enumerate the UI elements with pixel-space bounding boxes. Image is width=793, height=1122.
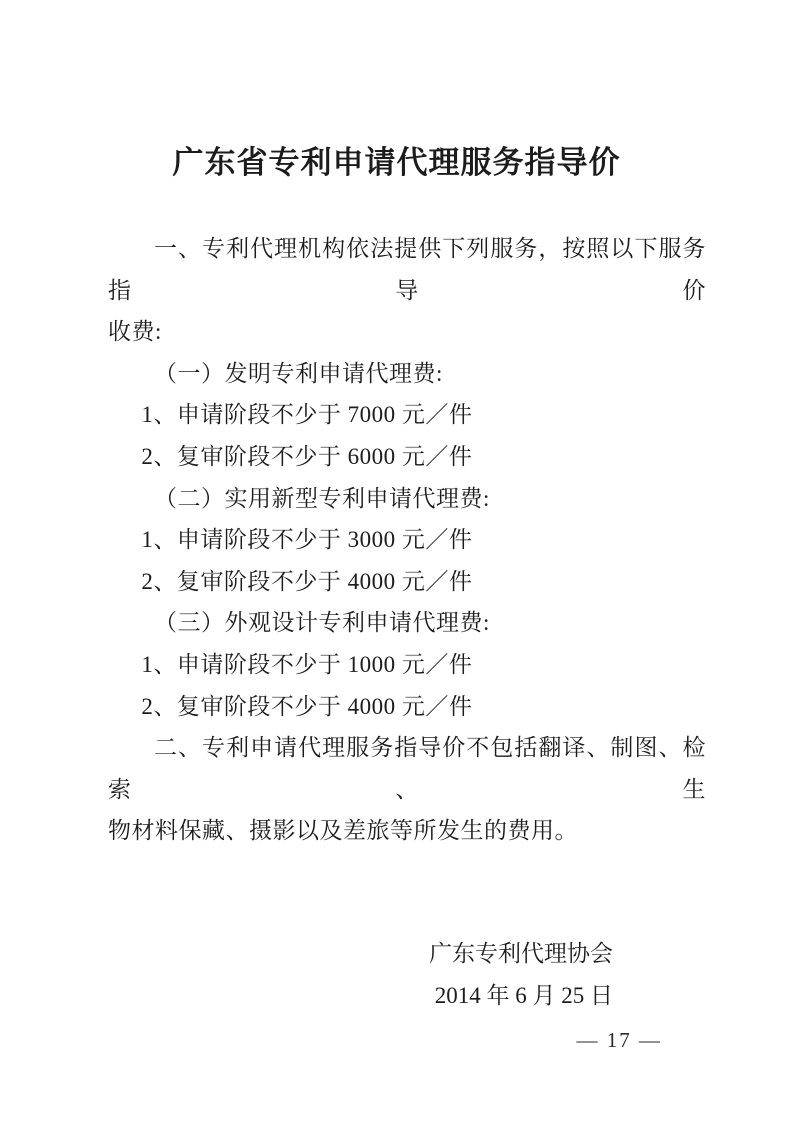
- document-body: 一、专利代理机构依法提供下列服务，按照以下服务指导价 收费: （一）发明专利申请…: [108, 228, 706, 852]
- list-item: 2、复审阶段不少于 4000 元／件: [108, 686, 706, 728]
- signature-block: 广东专利代理协会 2014 年 6 月 25 日: [108, 933, 706, 1017]
- document-page: 广东省专利申请代理服务指导价 一、专利代理机构依法提供下列服务，按照以下服务指导…: [0, 0, 793, 1122]
- paragraph-line: 一、专利代理机构依法提供下列服务，按照以下服务指导价: [108, 228, 706, 311]
- list-item: 1、申请阶段不少于 7000 元／件: [108, 394, 706, 436]
- signature-date: 2014 年 6 月 25 日: [108, 975, 706, 1017]
- page-number: — 17 —: [577, 1028, 663, 1053]
- list-item: 2、复审阶段不少于 6000 元／件: [108, 436, 706, 478]
- paragraph-line: 物材料保藏、摄影以及差旅等所发生的费用。: [108, 810, 706, 852]
- list-item: 1、申请阶段不少于 1000 元／件: [108, 644, 706, 686]
- list-item: 2、复审阶段不少于 4000 元／件: [108, 561, 706, 603]
- section-heading: （三）外观设计专利申请代理费:: [108, 602, 706, 644]
- paragraph-line: 收费:: [108, 311, 706, 353]
- list-item: 1、申请阶段不少于 3000 元／件: [108, 519, 706, 561]
- document-title: 广东省专利申请代理服务指导价: [0, 0, 793, 183]
- section-heading: （一）发明专利申请代理费:: [108, 353, 706, 395]
- paragraph-line: 二、专利申请代理服务指导价不包括翻译、制图、检索、生: [108, 727, 706, 810]
- section-heading: （二）实用新型专利申请代理费:: [108, 478, 706, 520]
- signature-organization: 广东专利代理协会: [108, 933, 706, 975]
